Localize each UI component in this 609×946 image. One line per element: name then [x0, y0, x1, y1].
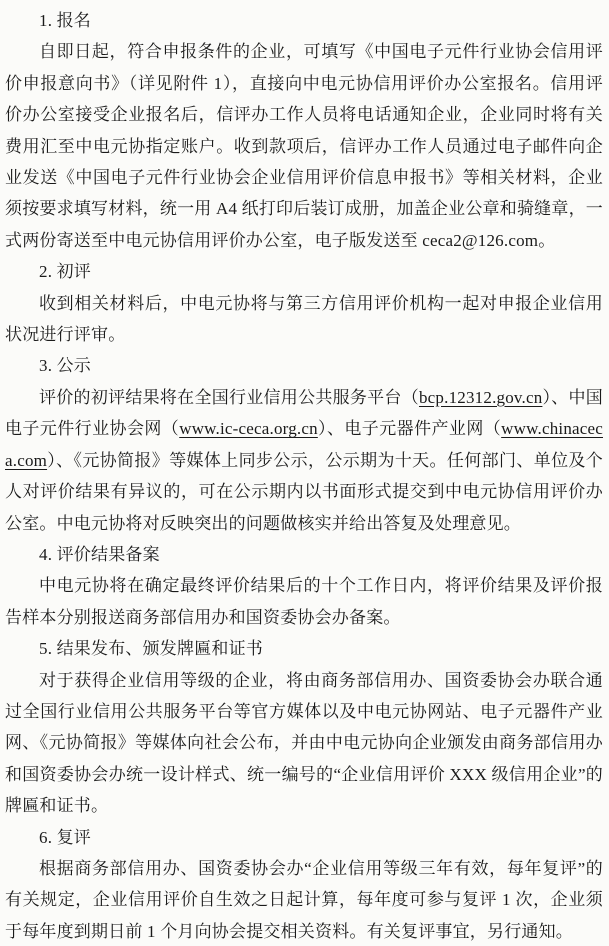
section-heading: 2. 初评 — [5, 256, 603, 287]
text-run: 收到相关材料后，中电元协将与第三方信用评价机构一起对申报企业信用状况进行评审。 — [5, 294, 603, 344]
section-paragraph: 评价的初评结果将在全国行业信用公共服务平台（bcp.12312.gov.cn）、… — [5, 382, 603, 539]
document-section: 5. 结果发布、颁发牌匾和证书对于获得企业信用等级的企业，将由商务部信用办、国资… — [5, 633, 603, 821]
document-section: 4. 评价结果备案中电元协将在确定最终评价结果后的十个工作日内，将评价结果及评价… — [5, 539, 603, 633]
document-section: 2. 初评收到相关材料后，中电元协将与第三方信用评价机构一起对申报企业信用状况进… — [5, 256, 603, 350]
text-run: 中电元协将在确定最终评价结果后的十个工作日内，将评价结果及评价报告样本分别报送商… — [5, 576, 603, 626]
inline-url-text: bcp.12312.gov.cn — [419, 388, 542, 407]
document-section: 1. 报名自即日起，符合申报条件的企业，可填写《中国电子元件行业协会信用评价申报… — [5, 5, 603, 256]
section-heading: 1. 报名 — [5, 5, 603, 36]
section-paragraph: 根据商务部信用办、国资委协会办“企业信用等级三年有效，每年复评”的有关规定，企业… — [5, 853, 603, 946]
section-paragraph: 对于获得企业信用等级的企业，将由商务部信用办、国资委协会办联合通过全国行业信用公… — [5, 665, 603, 822]
text-run: ）、电子元器件产业网（ — [318, 419, 501, 438]
text-run: 自即日起，符合申报条件的企业，可填写《中国电子元件行业协会信用评价申报意向书》（… — [5, 42, 603, 249]
section-heading: 4. 评价结果备案 — [5, 539, 603, 570]
inline-email-text: ceca2@126.com — [422, 231, 538, 250]
section-heading: 5. 结果发布、颁发牌匾和证书 — [5, 633, 603, 664]
inline-url-text: www.ic-ceca.org.cn — [179, 419, 318, 438]
text-run: 评价的初评结果将在全国行业信用公共服务平台（ — [39, 388, 419, 407]
section-paragraph: 收到相关材料后，中电元协将与第三方信用评价机构一起对申报企业信用状况进行评审。 — [5, 288, 603, 351]
document-body: 1. 报名自即日起，符合申报条件的企业，可填写《中国电子元件行业协会信用评价申报… — [0, 0, 609, 946]
text-run: 对于获得企业信用等级的企业，将由商务部信用办、国资委协会办联合通过全国行业信用公… — [5, 671, 603, 816]
text-run: 根据商务部信用办、国资委协会办“企业信用等级三年有效，每年复评”的有关规定，企业… — [5, 859, 603, 941]
document-section: 6. 复评根据商务部信用办、国资委协会办“企业信用等级三年有效，每年复评”的有关… — [5, 822, 603, 946]
section-paragraph: 中电元协将在确定最终评价结果后的十个工作日内，将评价结果及评价报告样本分别报送商… — [5, 570, 603, 633]
text-run: ）、《元协简报》等媒体上同步公示，公示期为十天。任何部门、单位及个人对评价结果有… — [5, 451, 603, 533]
section-heading: 3. 公示 — [5, 350, 603, 381]
section-heading: 6. 复评 — [5, 822, 603, 853]
document-section: 3. 公示评价的初评结果将在全国行业信用公共服务平台（bcp.12312.gov… — [5, 350, 603, 538]
scanned-document-page: { "page": { "background": "#fbfbf9", "te… — [0, 0, 609, 946]
text-run: 。 — [538, 231, 555, 250]
section-paragraph: 自即日起，符合申报条件的企业，可填写《中国电子元件行业协会信用评价申报意向书》（… — [5, 36, 603, 256]
